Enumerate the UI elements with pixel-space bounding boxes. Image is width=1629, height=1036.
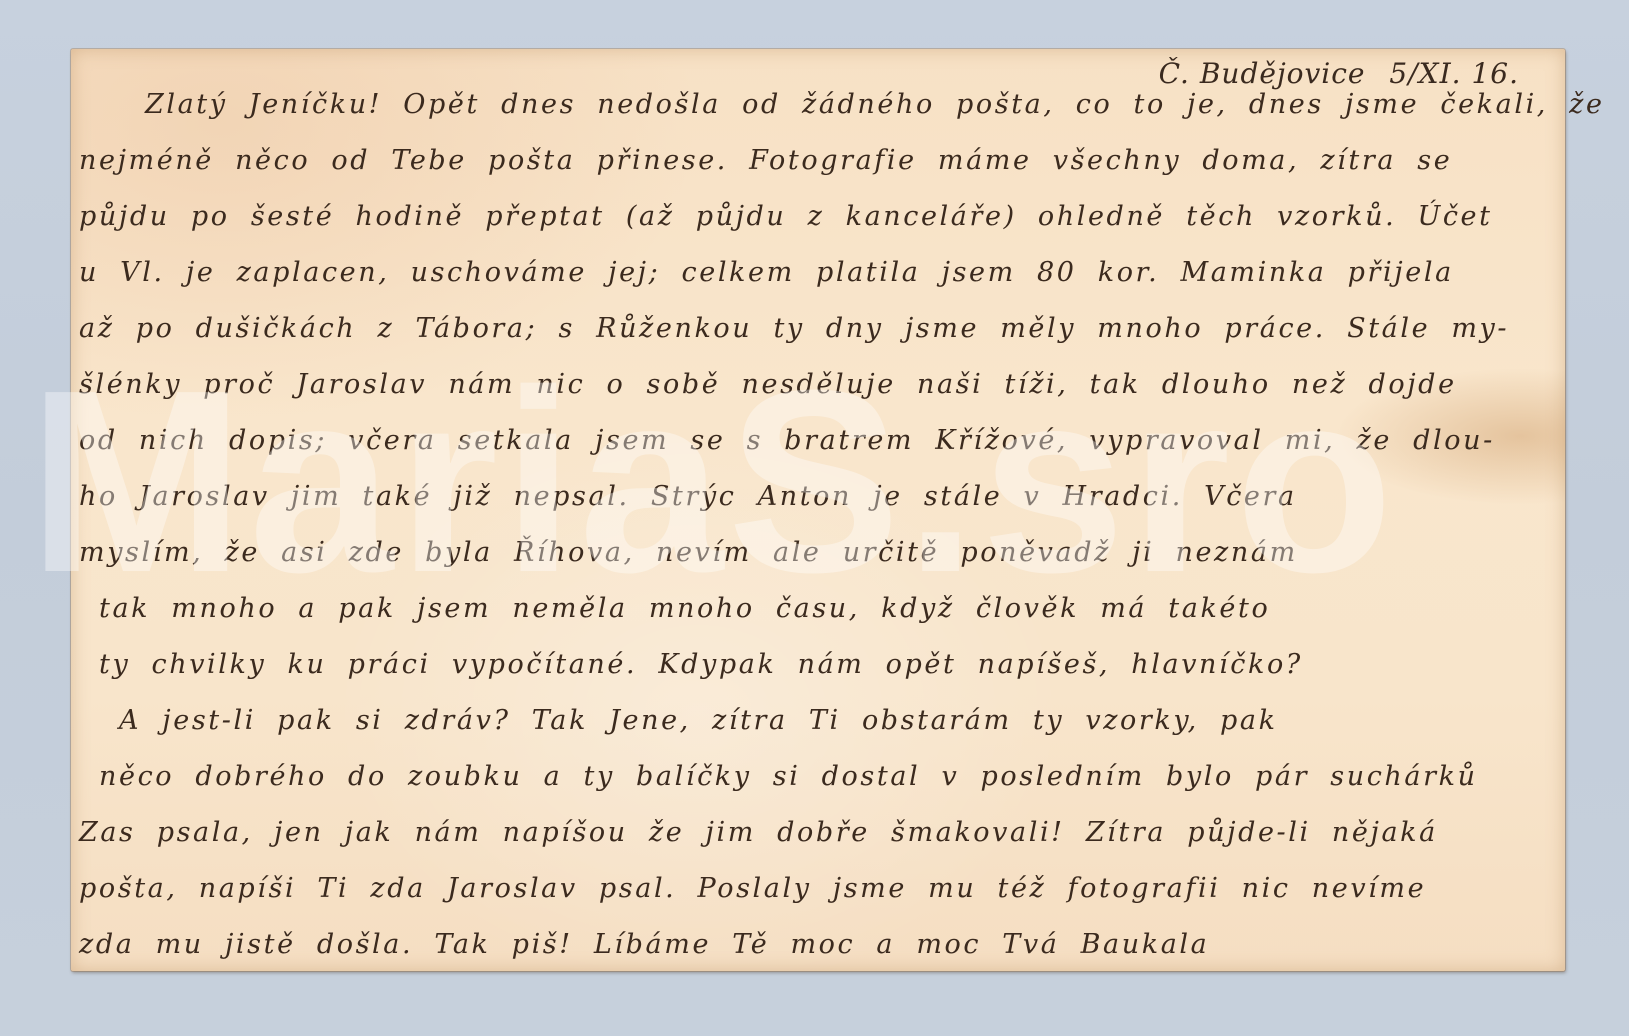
letter-line: myslím, že asi zde byla Říhova, nevím al… xyxy=(79,539,1298,566)
letter-line: šlénky proč Jaroslav nám nic o sobě nesd… xyxy=(79,371,1457,398)
letter-line: ty chvilky ku práci vypočítané. Kdypak n… xyxy=(99,651,1303,678)
letter-line: A jest-li pak si zdráv? Tak Jene, zítra … xyxy=(119,707,1278,734)
place-name: Č. Budějovice xyxy=(1159,57,1366,90)
letter-line: něco dobrého do zoubku a ty balíčky si d… xyxy=(99,763,1478,790)
letter-line: Zas psala, jen jak nám napíšou že jim do… xyxy=(79,819,1438,846)
letter-line: ho Jaroslav jim také již nepsal. Strýc A… xyxy=(79,483,1297,510)
place-date-header: Č. Budějovice 5/XI. 16. xyxy=(1145,57,1519,90)
letter-date: 5/XI. 16. xyxy=(1389,57,1519,90)
letter-line-closing: zda mu jistě došla. Tak piš! Líbáme Tě m… xyxy=(79,931,1209,958)
postcard: Č. Budějovice 5/XI. 16. Zlatý Jeníčku! O… xyxy=(71,49,1565,971)
letter-line: tak mnoho a pak jsem neměla mnoho času, … xyxy=(99,595,1270,622)
letter-line: u Vl. je zaplacen, uschováme jej; celkem… xyxy=(79,259,1454,286)
letter-line: nejméně něco od Tebe pošta přinese. Foto… xyxy=(79,147,1452,174)
letter-line: půjdu po šesté hodině přeptat (až půjdu … xyxy=(79,203,1493,230)
letter-line: až po dušičkách z Tábora; s Růženkou ty … xyxy=(79,315,1509,342)
letter-line: Zlatý Jeníčku! Opět dnes nedošla od žádn… xyxy=(145,91,1605,118)
letter-line: od nich dopis; včera setkala jsem se s b… xyxy=(79,427,1495,454)
letter-line: pošta, napíši Ti zda Jaroslav psal. Posl… xyxy=(79,875,1426,902)
